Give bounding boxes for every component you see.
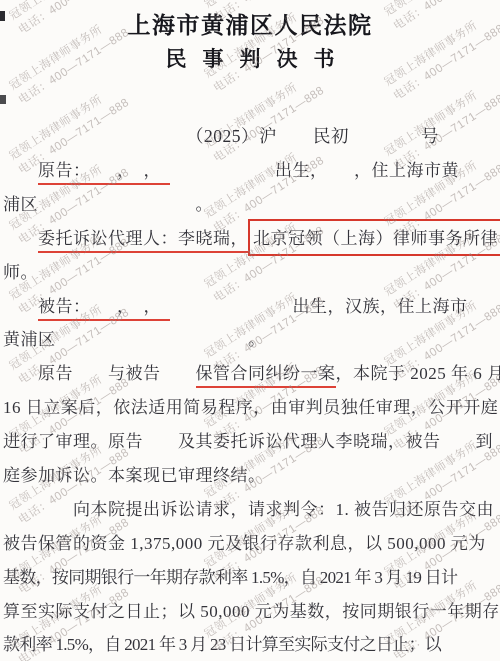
text-segment [3,229,38,248]
judgment-document-page: 上海市黄浦区人民法院 民事判决书 （2025）沪 民初 号 原告： ， ， 出生… [0,0,500,661]
text-segment: 黄浦区 。 [3,330,266,349]
red-underline-annotation: 被告： ， ， [38,297,170,321]
text-segment: 进行了审理。原告 及其委托诉讼代理人李晓瑞，被告 到 [3,432,493,451]
document-line: 委托诉讼代理人：李晓瑞，北京冠领（上海）律师事务所律 [3,222,499,256]
watermark-firm-name: 冠领上海律师事务所 [381,77,498,161]
document-line: 16 日立案后，依法适用简易程序，由审判员独任审理，公开开庭 [3,391,499,425]
document-line: 算至实际支付之日止；以 50,000 元为基数，按同期银行一年期存 [3,595,499,629]
text-segment: 被告保管的资金 1,375,000 元及银行存款利息，以 500,000 元为 [3,534,486,553]
red-underline-annotation: 保管合同纠纷一案 [196,364,336,388]
watermark-stamp: 冠领上海律师事务所电话：400—7171—888 [201,69,327,167]
red-underline-annotation: 委托诉讼代理人：李晓瑞， [38,229,248,253]
text-segment: 原告 与被告 [3,364,196,383]
document-line: 原告： ， ， 出生， ，住上海市黄 [3,154,499,188]
text-segment: 庭参加诉讼。本案现已审理终结。 [3,466,266,485]
text-segment: 款利率 1.5%，自 2021 年 3 月 23 日计算至实际支付之日止；以 [3,635,441,654]
text-segment: 算至实际支付之日止；以 50,000 元为基数，按同期银行一年期存 [3,602,500,621]
text-segment: 出生，汉族，住上海市 [170,297,468,316]
text-segment: 师。 [3,263,38,282]
watermark-firm-name: 冠领上海律师事务所 [6,81,123,165]
text-segment: 16 日立案后，依法适用简易程序，由审判员独任审理，公开开庭 [3,398,498,417]
text-segment: 向本院提出诉讼请求，请求判令：1. 被告归还原告交由 [3,500,494,519]
document-line: 被告保管的资金 1,375,000 元及银行存款利息，以 500,000 元为 [3,527,499,561]
body-lines: 原告： ， ， 出生， ，住上海市黄浦区 。 委托诉讼代理人：李晓瑞，北京冠领（… [3,154,499,661]
text-segment: 基数，按同期银行一年期存款利率 1.5%，自 2021 年 3 月 19 日计 [3,568,457,587]
scan-edge-artifact [0,95,6,104]
document-line: 原告 与被告 保管合同纠纷一案，本院于 2025 年 6 月 [3,357,499,391]
document-line: 款利率 1.5%，自 2021 年 3 月 23 日计算至实际支付之日止；以 [3,628,499,661]
document-line: 被告： ， ， 出生，汉族，住上海市 [3,290,499,324]
text-segment [3,161,38,180]
text-segment [3,297,38,316]
document-line: 浦区 。 [3,188,499,222]
document-line: 黄浦区 。 [3,323,499,357]
document-type-title: 民事判决书 [0,43,500,73]
case-number: （2025）沪 民初 号 [186,123,439,148]
red-box-annotation: 北京冠领（上海）律师事务所律 [248,219,500,256]
red-underline-annotation: 原告： ， ， [38,161,170,185]
document-line: 师。 [3,256,499,290]
text-segment: ，本院于 2025 年 6 月 [336,364,500,383]
document-line: 向本院提出诉讼请求，请求判令：1. 被告归还原告交由 [3,493,499,527]
court-name-title: 上海市黄浦区人民法院 [0,7,500,40]
document-line: 进行了审理。原告 及其委托诉讼代理人李晓瑞，被告 到 [3,425,499,459]
document-line: 基数，按同期银行一年期存款利率 1.5%，自 2021 年 3 月 19 日计 [3,561,499,595]
text-segment: 浦区 。 [3,195,213,214]
text-segment: 出生， ，住上海市黄 [170,161,459,180]
document-line: 庭参加诉讼。本案现已审理终结。 [3,459,499,493]
scan-edge-artifact [0,11,5,21]
